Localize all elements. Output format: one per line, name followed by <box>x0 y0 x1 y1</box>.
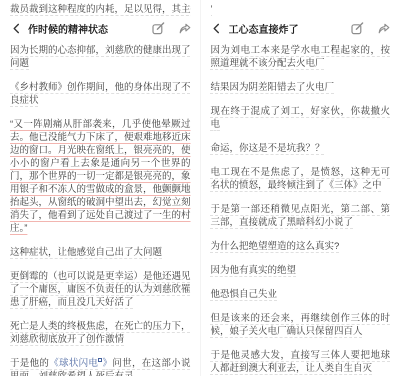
paragraph: 命运，你这是不是坑我？？ <box>211 142 391 155</box>
left-page: 裁员裁到这种程度的内耗，足以见得，其主持这 作时候的精神状态 因为长期的心态抑郁… <box>0 0 200 376</box>
share-icon[interactable] <box>178 22 191 35</box>
paragraph: 于是第一部还稍微见点阳光，第二部、第三部，直接就成了黑暗科幻小说了 <box>211 203 391 229</box>
compose-icon[interactable] <box>351 22 364 35</box>
scrolled-text-fragment: 裁员裁到这种程度的内耗，足以见得，其主持这 <box>10 3 191 16</box>
scrolled-text-fragment: ’ <box>211 3 391 16</box>
paragraph: 结果因为阴差阳错去了火电厂 <box>211 81 391 94</box>
back-icon[interactable] <box>10 22 22 34</box>
paragraph: 电工现在不是焦虑了，是愤怒，这种无可名状的愤怒，最终倾注到了《三体》之中 <box>211 166 391 192</box>
right-navbar: 工心态直接炸了 <box>211 19 391 37</box>
book-link[interactable]: 《球状闪电》 <box>49 358 112 369</box>
paragraph: 他恐惧自己失业 <box>211 288 391 301</box>
paragraph-with-link: 于是他的《球状闪电》问世，在这部小说里面，刘慈欣希望人死后有灵 <box>10 357 191 376</box>
paragraph: 死亡是人类的终极焦虑，在死亡的压力下，刘慈欣彻底放开了创作激情 <box>10 320 191 346</box>
screenshot-pair: 裁员裁到这种程度的内耗，足以见得，其主持这 作时候的精神状态 因为长期的心态抑郁… <box>0 0 399 376</box>
paragraph: 为什么把绝望塑造的这么真实? <box>211 240 391 253</box>
back-icon[interactable] <box>211 22 223 34</box>
right-page: ’ 工心态直接炸了 因为刘电工本来是学水电工程起家的，按照道理就不该分配去火电厂… <box>200 0 399 376</box>
share-icon[interactable] <box>377 22 390 35</box>
left-navbar: 作时候的精神状态 <box>10 19 191 37</box>
navbar-actions <box>351 22 390 35</box>
page-title: 工心态直接炸了 <box>229 21 299 36</box>
paragraph: 于是他灵感大发，直接写三体人要把地球人都赶到澳大利亚去，让人类自生自灭 <box>211 349 391 375</box>
navbar-actions <box>152 22 191 35</box>
paragraph: 现在终于混成了刘工，好家伙，你裁撤火电 <box>211 105 391 131</box>
paragraph: 因为他有真实的绝望 <box>211 264 391 277</box>
paragraph: 《乡村教师》创作期间，他的身体出现了不良症状 <box>10 81 191 107</box>
quoted-passage: “又一阵剧痛从肝部袭来，几乎使他晕厥过去。他已没能气力下床了，便艰难地移近床边的… <box>10 118 191 235</box>
page-title: 作时候的精神状态 <box>28 21 108 36</box>
compose-icon[interactable] <box>152 22 165 35</box>
right-article-body: 因为刘电工本来是学水电工程起家的，按照道理就不该分配去火电厂 结果因为阴差阳错去… <box>211 44 391 375</box>
paragraph: 更倒霉的（也可以说是更幸运）是他还遇见了一个庸医，庸医不负责任的认为刘慈欣罹患了… <box>10 270 191 309</box>
left-article-body: 因为长期的心态抑郁，刘慈欣的健康出现了问题 《乡村教师》创作期间，他的身体出现了… <box>10 44 191 376</box>
paragraph: 因为长期的心态抑郁，刘慈欣的健康出现了问题 <box>10 44 191 70</box>
paragraph: 但是该来的还会来，再继续创作三体的时候，娘子关火电厂确认只保留四百人 <box>211 312 391 338</box>
paragraph: 这种症状，让他感觉自己出了大问题 <box>10 246 191 259</box>
text-run: 于是他的 <box>10 358 49 369</box>
paragraph: 因为刘电工本来是学水电工程起家的，按照道理就不该分配去火电厂 <box>211 44 391 70</box>
